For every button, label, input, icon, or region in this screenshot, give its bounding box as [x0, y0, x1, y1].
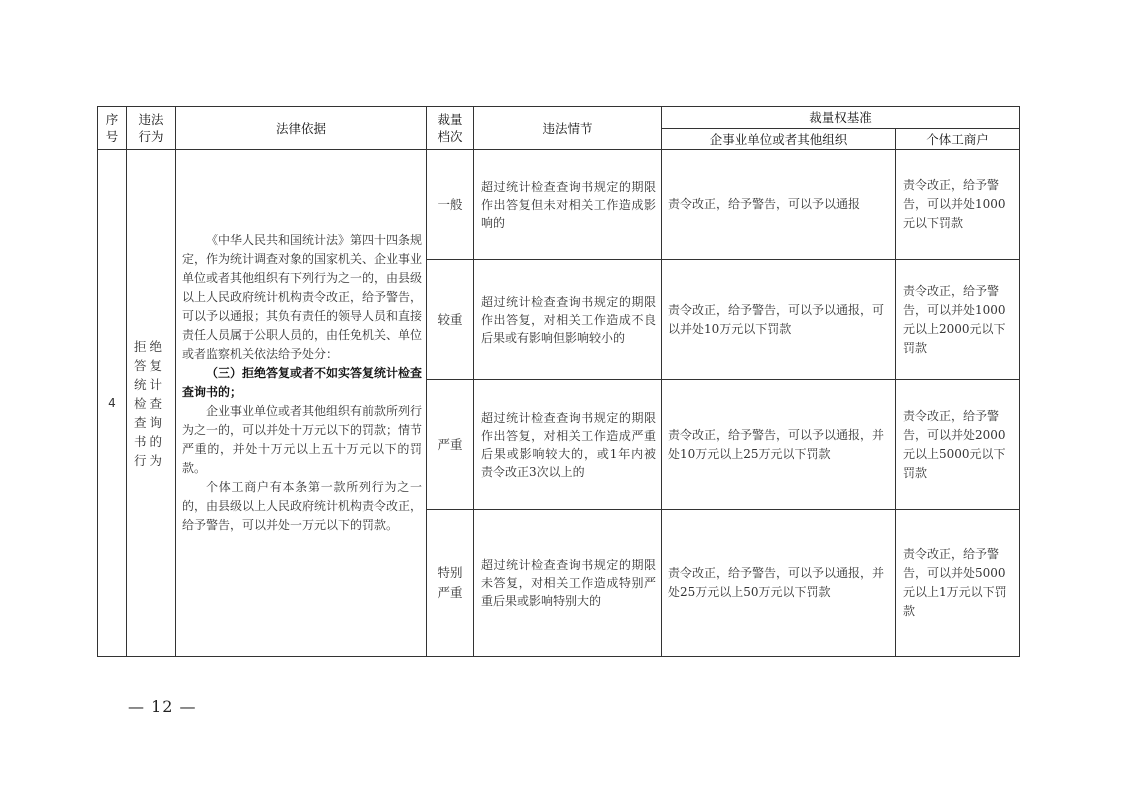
row-violation-act: 拒绝答复统计检查查询书的行为 [127, 150, 176, 657]
level-serious: 严重 [427, 380, 474, 510]
law-paragraph: 《中华人民共和国统计法》第四十四条规定，作为统计调查对象的国家机关、企业事业单位… [182, 231, 422, 364]
header-legal-basis: 法律依据 [176, 107, 427, 150]
row-legal-basis: 《中华人民共和国统计法》第四十四条规定，作为统计调查对象的国家机关、企业事业单位… [176, 150, 427, 657]
law-paragraph: 企业事业单位或者其他组织有前款所列行为之一的，可以并处十万元以下的罚款；情节严重… [182, 402, 422, 478]
header-level-line1: 裁量 [437, 112, 462, 127]
header-seq-line1: 序 [106, 112, 119, 127]
level-serious-minor: 较重 [427, 260, 474, 380]
situation-serious: 超过统计检查查询书规定的期限作出答复，对相关工作造成严重后果或影响较大的，或1年… [474, 380, 662, 510]
discretion-standard-table: 序 号 违法 行为 法律依据 裁量 档次 违法情节 裁量权基准 企事业单位或者其… [97, 106, 1020, 657]
law-paragraph-bold: （三）拒绝答复或者不如实答复统计检查查询书的； [182, 364, 422, 402]
level-especially-serious: 特别 严重 [427, 510, 474, 657]
individual-penalty-serious: 责令改正，给予警告，可以并处2000元以上5000元以下罚款 [896, 380, 1020, 510]
header-discretion-standard: 裁量权基准 [662, 107, 1020, 129]
situation-especially-serious: 超过统计检查查询书规定的期限未答复，对相关工作造成特别严重后果或影响特别大的 [474, 510, 662, 657]
header-violation-situation: 违法情节 [474, 107, 662, 150]
individual-penalty-serious-minor: 责令改正，给予警告，可以并处1000元以上2000元以下罚款 [896, 260, 1020, 380]
enterprise-penalty-general: 责令改正，给予警告，可以予以通报 [662, 150, 896, 260]
header-individual: 个体工商户 [896, 129, 1020, 150]
table-row: 4 拒绝答复统计检查查询书的行为 《中华人民共和国统计法》第四十四条规定，作为统… [98, 150, 1020, 260]
page-number: — 12 — [128, 697, 197, 716]
header-seq-line2: 号 [106, 129, 119, 144]
individual-penalty-especially-serious: 责令改正，给予警告，可以并处5000元以上1万元以下罚款 [896, 510, 1020, 657]
enterprise-penalty-especially-serious: 责令改正，给予警告，可以予以通报，并处25万元以上50万元以下罚款 [662, 510, 896, 657]
header-seq: 序 号 [98, 107, 127, 150]
header-act-line2: 行为 [138, 129, 163, 144]
level-general: 一般 [427, 150, 474, 260]
header-enterprise: 企事业单位或者其他组织 [662, 129, 896, 150]
enterprise-penalty-serious: 责令改正，给予警告，可以予以通报，并处10万元以上25万元以下罚款 [662, 380, 896, 510]
enterprise-penalty-serious-minor: 责令改正，给予警告，可以予以通报，可以并处10万元以下罚款 [662, 260, 896, 380]
level-line1: 特别 [437, 565, 462, 580]
individual-penalty-general: 责令改正，给予警告，可以并处1000元以下罚款 [896, 150, 1020, 260]
level-line2: 严重 [437, 585, 462, 600]
situation-serious-minor: 超过统计检查查询书规定的期限作出答复，对相关工作造成不良后果或有影响但影响较小的 [474, 260, 662, 380]
row-seq: 4 [98, 150, 127, 657]
header-violation-act: 违法 行为 [127, 107, 176, 150]
law-paragraph: 个体工商户有本条第一款所列行为之一的，由县级以上人民政府统计机构责令改正，给予警… [182, 478, 422, 535]
situation-general: 超过统计检查查询书规定的期限作出答复但未对相关工作造成影响的 [474, 150, 662, 260]
header-discretion-level: 裁量 档次 [427, 107, 474, 150]
header-level-line2: 档次 [437, 129, 462, 144]
header-act-line1: 违法 [138, 112, 163, 127]
